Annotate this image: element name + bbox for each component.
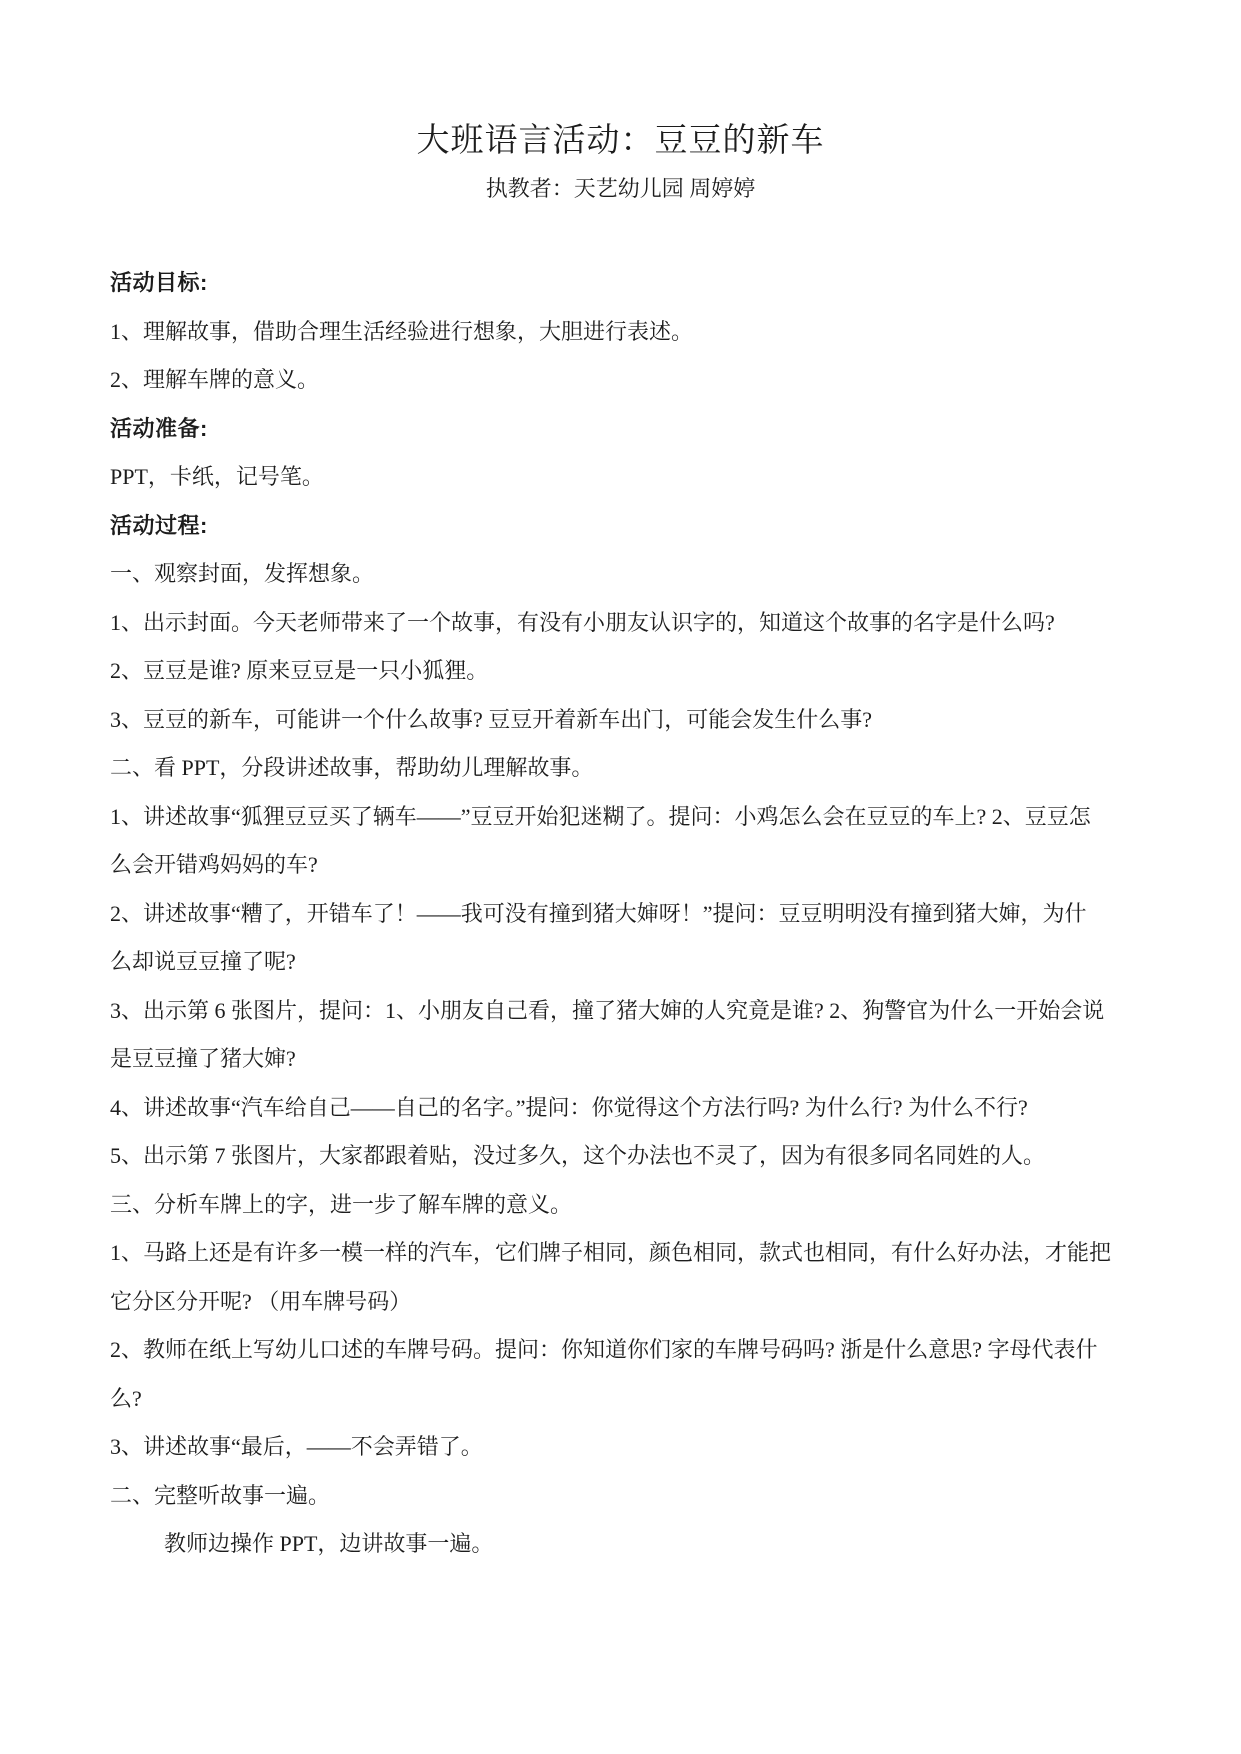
paragraph-line: 1、出示封面。今天老师带来了一个故事，有没有小朋友认识字的，知道这个故事的名字是… (110, 599, 1134, 648)
paragraph-line: 3、豆豆的新车，可能讲一个什么故事? 豆豆开着新车出门，可能会发生什么事? (110, 696, 1134, 745)
paragraph-line: 2、豆豆是谁? 原来豆豆是一只小狐狸。 (110, 647, 1134, 696)
paragraph-line: 是豆豆撞了猪大婶? (110, 1035, 1134, 1084)
document-page: 大班语言活动：豆豆的新车 执教者：天艺幼儿园 周婷婷 活动目标:1、理解故事，借… (0, 0, 1241, 1754)
paragraph-line: 它分区分开呢? （用车牌号码） (110, 1278, 1134, 1327)
paragraph-line: 3、讲述故事“最后，——不会弄错了。 (110, 1423, 1134, 1472)
paragraph-line: 二、看 PPT，分段讲述故事，帮助幼儿理解故事。 (110, 744, 1134, 793)
paragraph-line: PPT，卡纸，记号笔。 (110, 453, 1134, 502)
paragraph-line: 二、完整听故事一遍。 (110, 1472, 1134, 1521)
paragraph-line: 一、观察封面，发挥想象。 (110, 550, 1134, 599)
paragraph-line: 2、教师在纸上写幼儿口述的车牌号码。提问：你知道你们家的车牌号码吗? 浙是什么意… (110, 1326, 1134, 1375)
document-body: 活动目标:1、理解故事，借助合理生活经验进行想象，大胆进行表述。2、理解车牌的意… (0, 259, 1134, 1569)
section-heading: 活动过程: (110, 502, 1134, 551)
paragraph-line: 么会开错鸡妈妈的车? (110, 841, 1134, 890)
paragraph-line: 5、出示第 7 张图片，大家都跟着贴，没过多久，这个办法也不灵了，因为有很多同名… (110, 1132, 1134, 1181)
paragraph-line: 4、讲述故事“汽车给自己——自己的名字。”提问：你觉得这个方法行吗? 为什么行?… (110, 1084, 1134, 1133)
section-heading: 活动准备: (110, 405, 1134, 454)
paragraph-line: 么? (110, 1375, 1134, 1424)
section-heading: 活动目标: (110, 259, 1134, 308)
paragraph-line: 2、讲述故事“糟了，开错车了！——我可没有撞到猪大婶呀！”提问：豆豆明明没有撞到… (110, 890, 1134, 939)
paragraph-line: 么却说豆豆撞了呢? (110, 938, 1134, 987)
paragraph-line: 3、出示第 6 张图片，提问：1、小朋友自己看，撞了猪大婶的人究竟是谁? 2、狗… (110, 987, 1134, 1036)
document-author-line: 执教者：天艺幼儿园 周婷婷 (0, 169, 1241, 209)
paragraph-line: 2、理解车牌的意义。 (110, 356, 1134, 405)
paragraph-line: 三、分析车牌上的字，进一步了解车牌的意义。 (110, 1181, 1134, 1230)
document-title: 大班语言活动：豆豆的新车 (0, 0, 1241, 169)
paragraph-line: 1、讲述故事“狐狸豆豆买了辆车——”豆豆开始犯迷糊了。提问：小鸡怎么会在豆豆的车… (110, 793, 1134, 842)
paragraph-line: 1、理解故事，借助合理生活经验进行想象，大胆进行表述。 (110, 308, 1134, 357)
paragraph-line: 1、马路上还是有许多一模一样的汽车，它们牌子相同，颜色相同，款式也相同，有什么好… (110, 1229, 1134, 1278)
paragraph-line: 教师边操作 PPT，边讲故事一遍。 (110, 1520, 1134, 1569)
